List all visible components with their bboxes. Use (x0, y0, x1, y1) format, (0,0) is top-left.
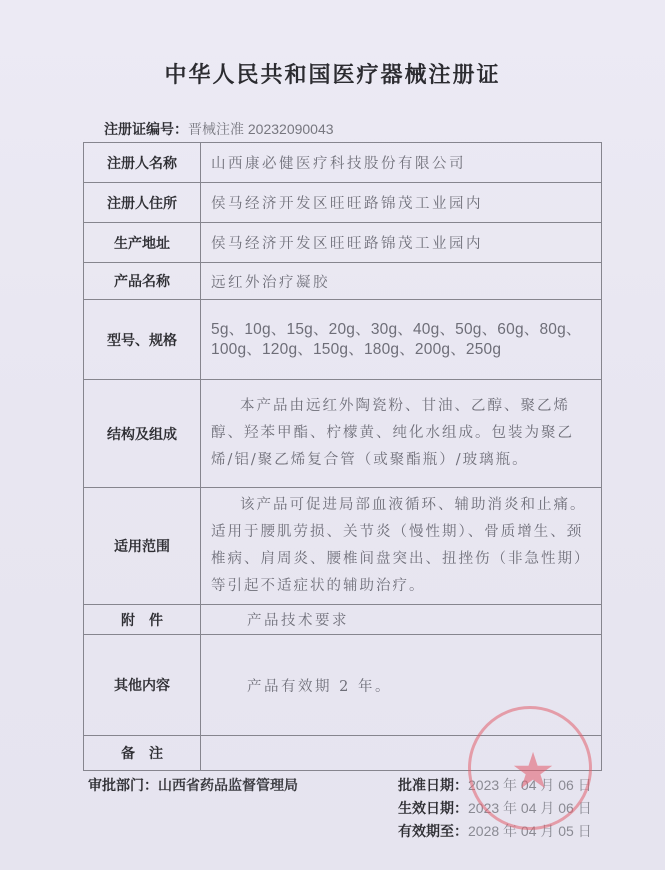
row-label: 附 件 (84, 605, 201, 635)
table-row-model-spec: 型号、规格 5g、10g、15g、20g、30g、40g、50g、60g、80g… (84, 300, 602, 380)
certificate-table: 注册人名称 山西康必健医疗科技股份有限公司 注册人住所 侯马经济开发区旺旺路锦茂… (83, 142, 602, 771)
approval-date-label: 批准日期： (398, 778, 468, 794)
row-value: 山西康必健医疗科技股份有限公司 (201, 143, 602, 183)
expiry-date: 有效期至：2028 年 04 月 05 日 (398, 821, 592, 841)
effective-date-value: 2023 年 04 月 06 日 (468, 800, 592, 816)
expiry-date-label: 有效期至： (398, 824, 468, 840)
certificate-page: 中华人民共和国医疗器械注册证 注册证编号：晋械注准 20232090043 注册… (0, 0, 665, 870)
row-value (201, 736, 602, 771)
registration-number: 注册证编号：晋械注准 20232090043 (104, 119, 334, 139)
table-row-remarks: 备 注 (84, 736, 602, 771)
row-label: 型号、规格 (84, 300, 201, 380)
expiry-date-value: 2028 年 04 月 05 日 (468, 823, 592, 839)
row-label: 产品名称 (84, 263, 201, 300)
row-label: 适用范围 (84, 488, 201, 605)
table-row-registrant-address: 注册人住所 侯马经济开发区旺旺路锦茂工业园内 (84, 183, 602, 223)
approval-date-value: 2023 年 04 月 06 日 (468, 777, 592, 793)
approval-department: 审批部门：山西省药品监督管理局 (88, 775, 298, 795)
effective-date: 生效日期：2023 年 04 月 06 日 (398, 798, 592, 818)
registration-number-label: 注册证编号： (104, 122, 188, 138)
row-label: 备 注 (84, 736, 201, 771)
approval-department-value: 山西省药品监督管理局 (158, 778, 298, 794)
row-label: 生产地址 (84, 223, 201, 263)
row-label: 注册人住所 (84, 183, 201, 223)
certificate-title: 中华人民共和国医疗器械注册证 (0, 58, 665, 89)
table-row-registrant-name: 注册人名称 山西康必健医疗科技股份有限公司 (84, 143, 602, 183)
row-label: 结构及组成 (84, 380, 201, 488)
table-row-structure: 结构及组成 本产品由远红外陶瓷粉、甘油、乙醇、聚乙烯醇、羟苯甲酯、柠檬黄、纯化水… (84, 380, 602, 488)
table-row-other: 其他内容 产品有效期 2 年。 (84, 635, 602, 736)
table-row-production-address: 生产地址 侯马经济开发区旺旺路锦茂工业园内 (84, 223, 602, 263)
row-value: 5g、10g、15g、20g、30g、40g、50g、60g、80g、100g、… (201, 300, 602, 380)
table-row-attachment: 附 件 产品技术要求 (84, 605, 602, 635)
approval-department-label: 审批部门： (88, 778, 158, 794)
effective-date-label: 生效日期： (398, 801, 468, 817)
row-value: 侯马经济开发区旺旺路锦茂工业园内 (201, 223, 602, 263)
row-label: 注册人名称 (84, 143, 201, 183)
row-label: 其他内容 (84, 635, 201, 736)
registration-number-value: 晋械注准 20232090043 (188, 121, 334, 137)
row-value: 该产品可促进局部血液循环、辅助消炎和止痛。适用于腰肌劳损、关节炎（慢性期）、骨质… (201, 488, 602, 605)
row-value: 产品技术要求 (201, 605, 602, 635)
row-value: 远红外治疗凝胶 (201, 263, 602, 300)
table-row-product-name: 产品名称 远红外治疗凝胶 (84, 263, 602, 300)
row-value: 本产品由远红外陶瓷粉、甘油、乙醇、聚乙烯醇、羟苯甲酯、柠檬黄、纯化水组成。包装为… (201, 380, 602, 488)
row-value: 产品有效期 2 年。 (201, 635, 602, 736)
row-value: 侯马经济开发区旺旺路锦茂工业园内 (201, 183, 602, 223)
approval-date: 批准日期：2023 年 04 月 06 日 (398, 775, 592, 795)
table-row-scope: 适用范围 该产品可促进局部血液循环、辅助消炎和止痛。适用于腰肌劳损、关节炎（慢性… (84, 488, 602, 605)
